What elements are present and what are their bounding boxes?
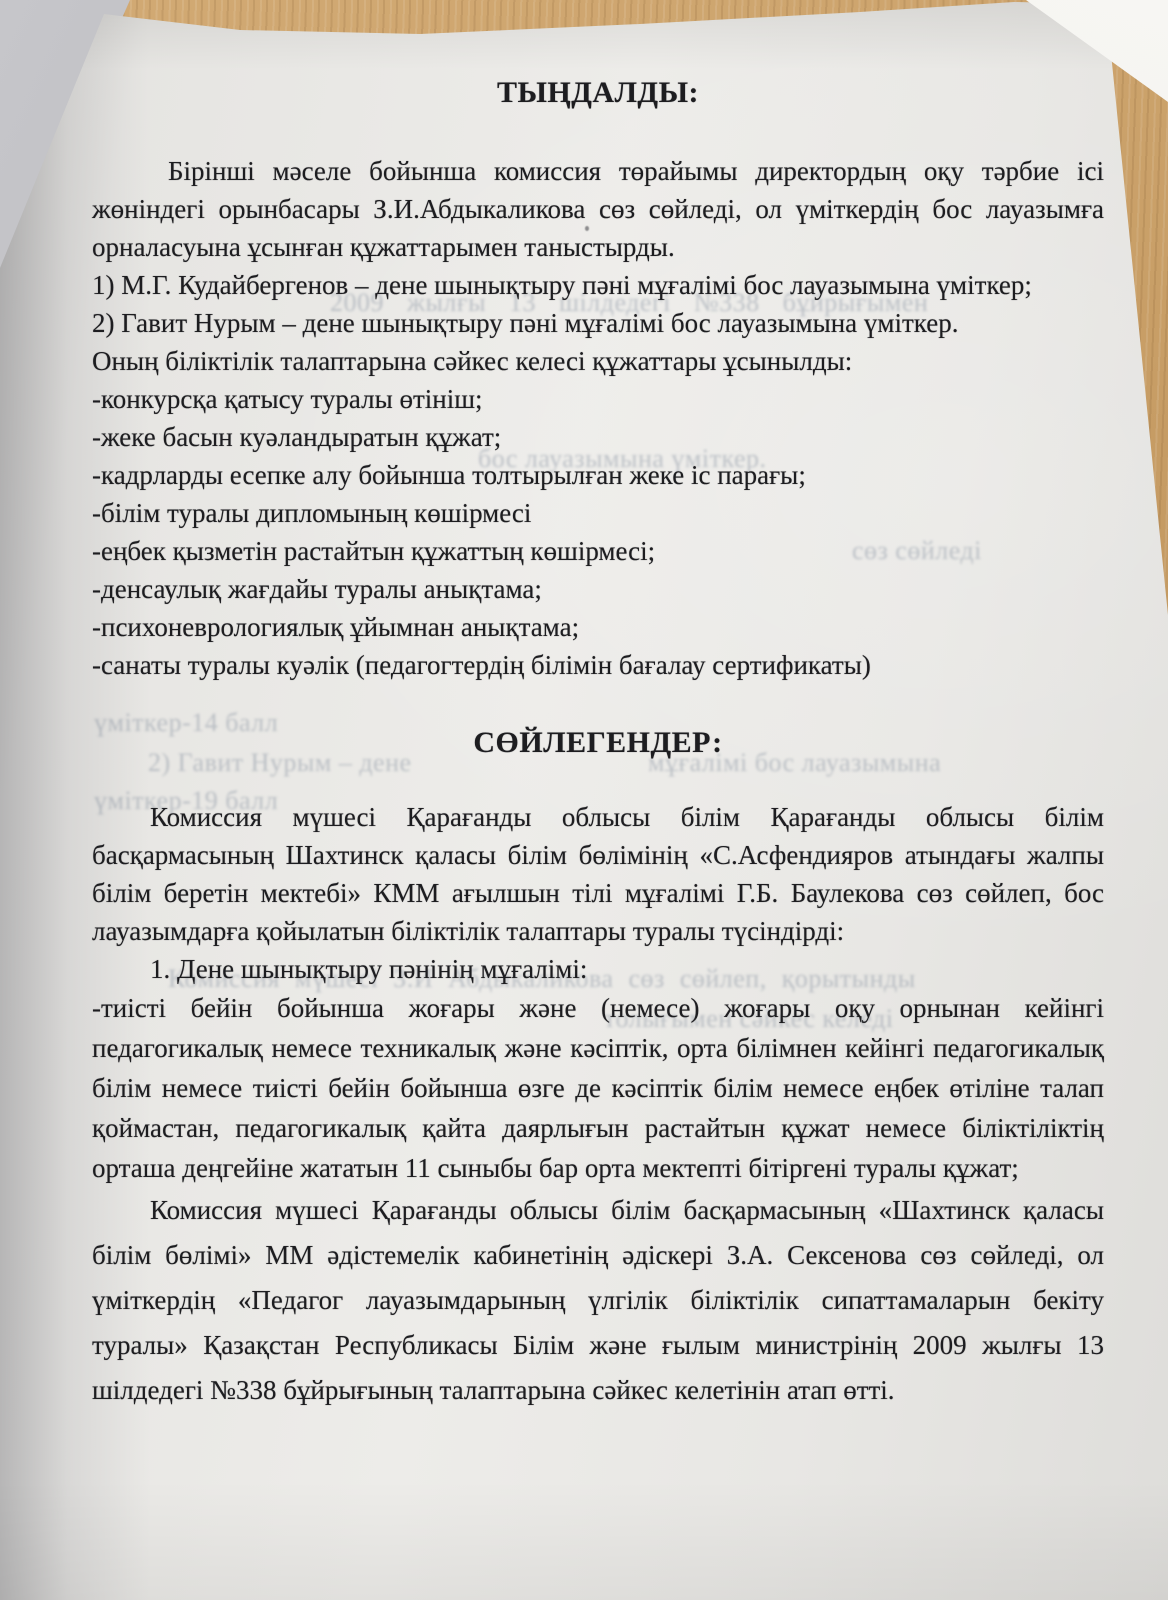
paragraph-speaker-2: Комиссия мүшесі Қарағанды облысы білім б… [92,1188,1104,1413]
paragraph-requirements: -тиісті бейін бойынша жоғары және (немес… [92,988,1104,1188]
document-list-item: -санаты туралы куәлік (педагогтердің біл… [92,646,1104,684]
document-page: 2009 жылғы 13 шілдедегі №338 бұйрығымен … [0,0,1168,1600]
candidate-line: 1) М.Г. Кудайбергенов – дене шынықтыру п… [92,266,1104,304]
requirement-heading: 1. Дене шынықтыру пәнінің мұғалімі: [92,950,1104,988]
document-list-item: -жеке басын куәландыратын құжат; [92,418,1104,456]
document-list-item: -кадрларды есепке алу бойынша толтырылға… [92,456,1104,494]
document-list-item: -психоневрологиялық ұйымнан анықтама; [92,608,1104,646]
paragraph-intro: Бірінші мәселе бойынша комиссия төрайымы… [92,152,1104,266]
document-list-item: -конкурсқа қатысу туралы өтініш; [92,380,1104,418]
candidate-line: 2) Гавит Нурым – дене шынықтыру пәні мұғ… [92,304,1104,342]
document-list-item: -еңбек қызметін растайтын құжаттың көшір… [92,532,1104,570]
document-list-item: -денсаулық жағдайы туралы анықтама; [92,570,1104,608]
document-text-block: ТЫҢДАЛДЫ: Бірінші мәселе бойынша комисси… [92,74,1104,1413]
section-title-speakers: СӨЙЛЕГЕНДЕР: [92,724,1104,762]
section-title-heard: ТЫҢДАЛДЫ: [92,74,1104,112]
paragraph-speaker-1: Комиссия мүшесі Қарағанды облысы білім Қ… [92,798,1104,950]
documents-intro-line: Оның біліктілік талаптарына сәйкес келес… [92,342,1104,380]
document-list-item: -білім туралы дипломының көшірмесі [92,494,1104,532]
